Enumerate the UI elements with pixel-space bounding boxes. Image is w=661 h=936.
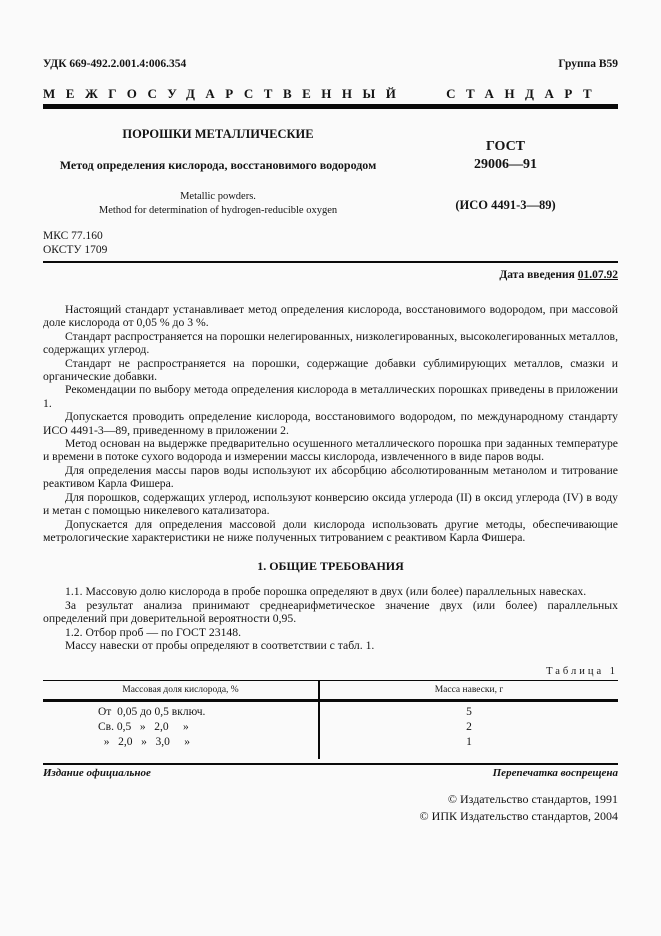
gost-number: 29006—91: [393, 156, 618, 174]
iso-reference: (ИСО 4491-3—89): [393, 198, 618, 213]
udk-code: УДК 669-492.2.001.4:006.354: [43, 58, 186, 70]
document-page: УДК 669-492.2.001.4:006.354 Группа В59 М…: [0, 0, 661, 936]
header-rule: [43, 261, 618, 263]
paragraph: 1.1. Массовую долю кислорода в пробе пор…: [43, 585, 618, 598]
standard-type-banner: МЕЖГОСУДАРСТВЕННЫЙ СТАНДАРТ: [43, 86, 618, 102]
banner-rule: [43, 104, 618, 109]
table-cell-range: От 0,05 до 0,5 включ.: [43, 701, 319, 721]
classification-codes: МКС 77.160 ОКСТУ 1709: [43, 229, 618, 257]
copyright-1991: © Издательство стандартов, 1991: [43, 791, 618, 808]
standard-number-column: ГОСТ 29006—91 (ИСО 4491-3—89): [393, 127, 618, 218]
table-spacer-row: [43, 750, 618, 759]
paragraph: Стандарт распространяется на порошки нел…: [43, 330, 618, 357]
table-cell-mass: 1: [319, 735, 618, 750]
table-row: От 0,05 до 0,5 включ. 5: [43, 701, 618, 721]
english-title: Metallic powders. Method for determinati…: [43, 190, 393, 218]
table-header-row: Массовая доля кислорода, % Масса навески…: [43, 681, 618, 701]
paragraph: Для порошков, содержащих углерод, исполь…: [43, 491, 618, 518]
reprint-prohibited-notice: Перепечатка воспрещена: [493, 767, 618, 779]
table-1: Массовая доля кислорода, % Масса навески…: [43, 680, 618, 759]
top-codes-row: УДК 669-492.2.001.4:006.354 Группа В59: [43, 58, 618, 70]
paragraph: Настоящий стандарт устанавливает метод о…: [43, 303, 618, 330]
table-cell-range: Св. 0,5 » 2,0 »: [43, 720, 319, 735]
table-cell-range: » 2,0 » 3,0 »: [43, 735, 319, 750]
okstu-code: ОКСТУ 1709: [43, 243, 618, 257]
paragraph: Метод основан на выдержке предварительно…: [43, 437, 618, 464]
section-1-body: 1.1. Массовую долю кислорода в пробе пор…: [43, 585, 618, 652]
paragraph: Стандарт не распространяется на порошки,…: [43, 357, 618, 384]
paragraph: За результат анализа принимают среднеари…: [43, 599, 618, 626]
title-block: ПОРОШКИ МЕТАЛЛИЧЕСКИЕ Метод определения …: [43, 127, 618, 218]
english-title-line1: Metallic powders.: [43, 190, 393, 204]
column-header-sample-mass: Масса навески, г: [319, 681, 618, 701]
english-title-line2: Method for determination of hydrogen-red…: [43, 204, 393, 218]
section-1-heading: 1. ОБЩИЕ ТРЕБОВАНИЯ: [43, 559, 618, 574]
document-title: ПОРОШКИ МЕТАЛЛИЧЕСКИЕ: [43, 127, 393, 142]
title-left-column: ПОРОШКИ МЕТАЛЛИЧЕСКИЕ Метод определения …: [43, 127, 393, 218]
column-header-oxygen-fraction: Массовая доля кислорода, %: [43, 681, 319, 701]
effective-date-line: Дата введения 01.07.92: [43, 269, 618, 281]
table-row: Св. 0,5 » 2,0 » 2: [43, 720, 618, 735]
paragraph: Для определения массы паров воды использ…: [43, 464, 618, 491]
table-cell-mass: 2: [319, 720, 618, 735]
effective-date-value: 01.07.92: [578, 269, 618, 281]
paragraph: Допускается для определения массовой дол…: [43, 518, 618, 545]
paragraph: 1.2. Отбор проб — по ГОСТ 23148.: [43, 626, 618, 639]
table-cell-mass: 5: [319, 701, 618, 721]
intro-section: Настоящий стандарт устанавливает метод о…: [43, 303, 618, 544]
footer-notices: Издание официальное Перепечатка воспреще…: [43, 767, 618, 779]
copyright-2004: © ИПК Издательство стандартов, 2004: [43, 808, 618, 825]
effective-date-label: Дата введения: [499, 269, 575, 281]
mks-code: МКС 77.160: [43, 229, 618, 243]
paragraph: Массу навески от пробы определяют в соот…: [43, 639, 618, 652]
copyright-block: © Издательство стандартов, 1991 © ИПК Из…: [43, 791, 618, 824]
paragraph: Допускается проводить определение кислор…: [43, 410, 618, 437]
table-row: » 2,0 » 3,0 » 1: [43, 735, 618, 750]
footer-rule: [43, 763, 618, 765]
group-code: Группа В59: [558, 58, 618, 70]
table-1-label: Таблица 1: [43, 666, 618, 677]
document-subtitle: Метод определения кислорода, восстановим…: [43, 158, 393, 173]
paragraph: Рекомендации по выбору метода определени…: [43, 383, 618, 410]
gost-label: ГОСТ: [393, 138, 618, 156]
official-edition-notice: Издание официальное: [43, 767, 151, 779]
